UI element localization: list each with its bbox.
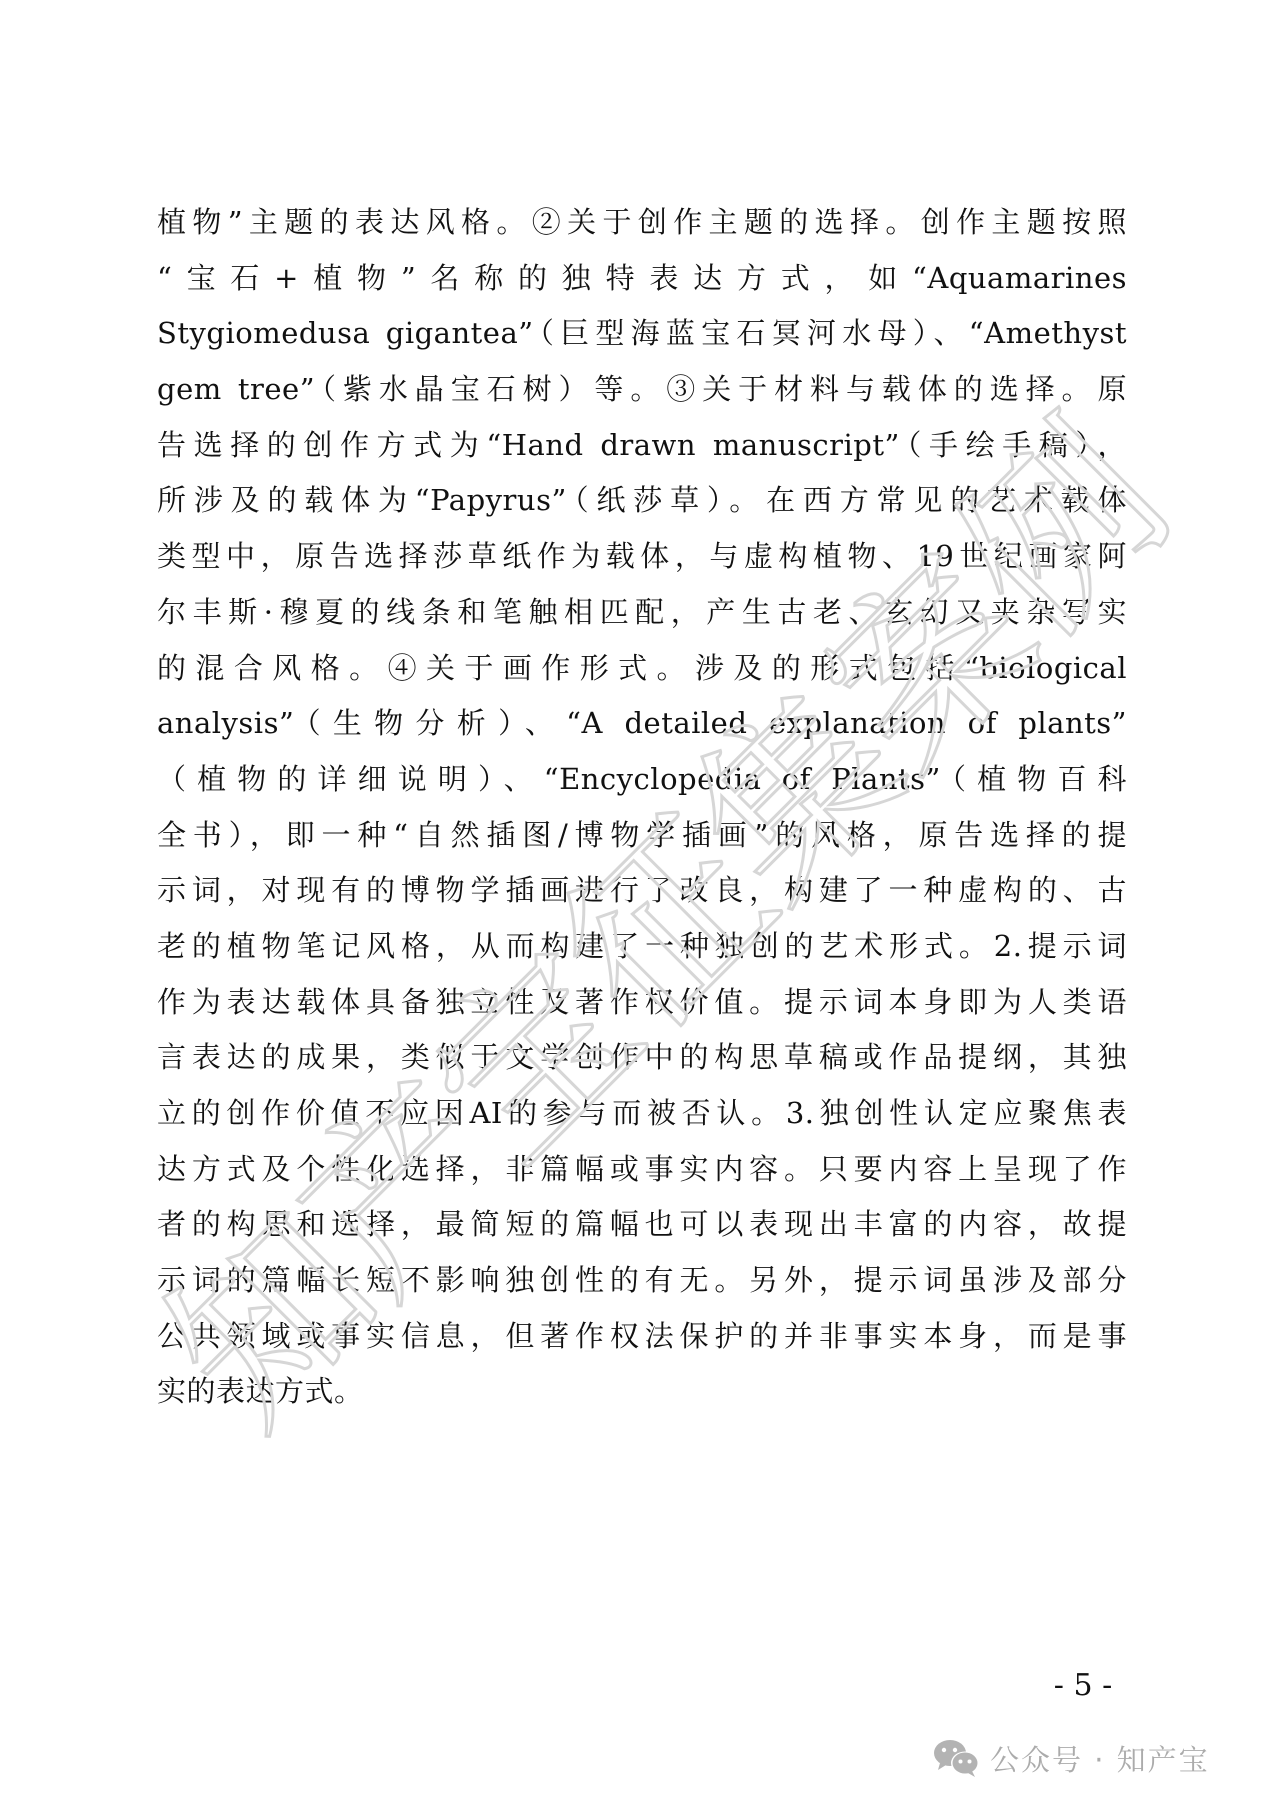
page-number: - 5 -	[1038, 1668, 1128, 1703]
text-line: 立的创作价值不应因AI的参与而被否认。3.独创性认定应聚焦表	[157, 1090, 1127, 1146]
text-line: 全书），即一种“自然插图/博物学插画”的风格，原告选择的提	[157, 812, 1127, 868]
text-line: Stygiomedusa gigantea”（巨型海蓝宝石冥河水母）、“Amet…	[157, 310, 1127, 366]
text-line: 示词，对现有的博物学插画进行了改良，构建了一种虚构的、古	[157, 867, 1127, 923]
text-line: 尔丰斯·穆夏的线条和笔触相匹配，产生古老、玄幻又夹杂写实	[157, 589, 1127, 645]
text-line: 者的构思和选择，最简短的篇幅也可以表现出丰富的内容，故提	[157, 1201, 1127, 1257]
text-line: 达方式及个性化选择，非篇幅或事实内容。只要内容上呈现了作	[157, 1146, 1127, 1202]
text-line: 植物”主题的表达风格。②关于创作主题的选择。创作主题按照	[157, 199, 1127, 255]
text-line: （植物的详细说明）、“Encyclopedia of Plants”（植物百科	[157, 756, 1127, 812]
text-line: 示词的篇幅长短不影响独创性的有无。另外，提示词虽涉及部分	[157, 1257, 1127, 1313]
body-text: 植物”主题的表达风格。②关于创作主题的选择。创作主题按照 “宝石+植物”名称的独…	[157, 199, 1127, 1424]
text-line: 类型中，原告选择莎草纸作为载体，与虚构植物、19世纪画家阿	[157, 533, 1127, 589]
text-line: analysis”（生物分析）、“A detailed explanation …	[157, 700, 1127, 756]
footer-credit: 公众号 · 知产宝	[932, 1736, 1210, 1780]
wechat-icon	[932, 1738, 982, 1778]
text-line: 的混合风格。④关于画作形式。涉及的形式包括“biological	[157, 645, 1127, 701]
text-line: gem tree”（紫水晶宝石树）等。③关于材料与载体的选择。原	[157, 366, 1127, 422]
text-line: 告选择的创作方式为“Hand drawn manuscript”（手绘手稿），	[157, 422, 1127, 478]
text-line: 实的表达方式。	[157, 1368, 1127, 1424]
text-line: “宝石+植物”名称的独特表达方式，如“Aquamarines	[157, 255, 1127, 311]
text-line: 作为表达载体具备独立性及著作权价值。提示词本身即为人类语	[157, 979, 1127, 1035]
footer-label: 公众号 · 知产宝	[990, 1738, 1210, 1779]
text-line: 所涉及的载体为“Papyrus”（纸莎草）。在西方常见的艺术载体	[157, 477, 1127, 533]
document-page: 知产宝征集案例 植物”主题的表达风格。②关于创作主题的选择。创作主题按照 “宝石…	[0, 0, 1280, 1810]
text-line: 言表达的成果，类似于文学创作中的构思草稿或作品提纲，其独	[157, 1034, 1127, 1090]
text-line: 公共领域或事实信息，但著作权法保护的并非事实本身，而是事	[157, 1313, 1127, 1369]
text-line: 老的植物笔记风格，从而构建了一种独创的艺术形式。2.提示词	[157, 923, 1127, 979]
